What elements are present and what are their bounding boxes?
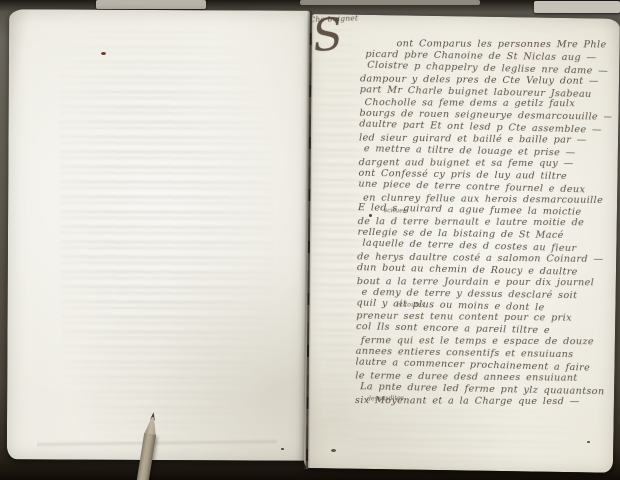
decorated-initial: S bbox=[311, 15, 345, 58]
page-stack-edge bbox=[96, 0, 206, 9]
interlinear-insertion: scituee bbox=[384, 207, 407, 214]
pencil-shaft bbox=[136, 433, 156, 480]
ink-stain bbox=[369, 214, 372, 217]
page-stack-edge bbox=[300, 0, 480, 5]
left-page bbox=[7, 9, 311, 461]
ink-stain bbox=[587, 441, 590, 443]
right-page: bail Mre phlibert guirard a Che buignet … bbox=[304, 14, 620, 473]
ink-stain bbox=[331, 449, 336, 452]
ink-bleedthrough bbox=[354, 406, 574, 473]
interlinear-insertion: et toutes bbox=[396, 301, 424, 308]
ink-stain bbox=[101, 52, 106, 55]
page-stack-edge bbox=[534, 1, 620, 13]
interlinear-insertion: dessusdites bbox=[367, 395, 404, 403]
ink-stain bbox=[281, 448, 284, 450]
manuscript-scan: bail Mre phlibert guirard a Che buignet … bbox=[0, 0, 620, 480]
manuscript-text-block: ont Comparus les personnes Mre Phlepicar… bbox=[355, 37, 613, 410]
ink-bleedthrough bbox=[57, 27, 277, 458]
